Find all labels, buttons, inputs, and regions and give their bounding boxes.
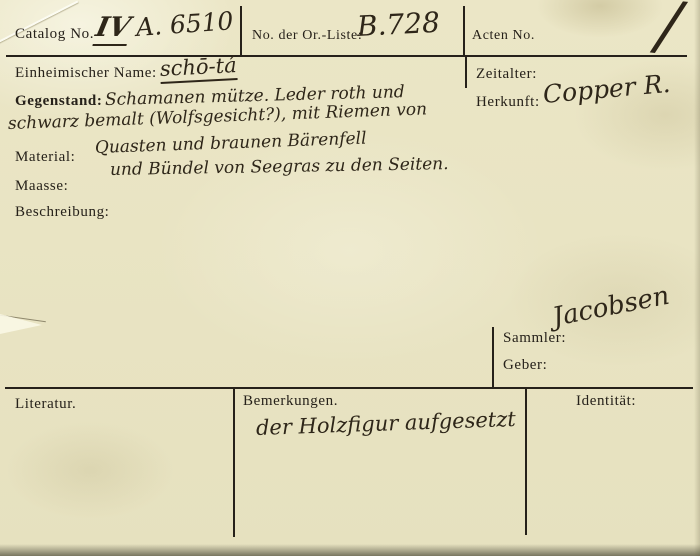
catalog-no-label: Catalog No. xyxy=(15,26,94,43)
maasse-label: Maasse: xyxy=(15,178,68,195)
material-label: Material: xyxy=(15,149,75,166)
or-liste-label: No. der Or.-Liste: xyxy=(252,28,362,44)
divider-zeitalter xyxy=(465,57,467,88)
divider-literatur xyxy=(233,389,235,537)
catalog-card: Catalog No. IV A. 6510 No. der Or.-Liste… xyxy=(0,0,700,556)
bemerkungen-handwriting: der Holzfigur aufgesetzt xyxy=(256,407,517,440)
scan-edge-right xyxy=(694,0,700,556)
gegenstand-handwriting-line: Quasten und braunen Bärenfell xyxy=(95,129,367,158)
acten-no-label: Acten No. xyxy=(472,28,535,44)
bemerkungen-label: Bemerkungen. xyxy=(243,393,338,410)
herkunft-value: Copper R. xyxy=(542,69,672,109)
scan-edge-bottom xyxy=(0,544,700,556)
gegenstand-handwriting-line: und Bündel von Seegras zu den Seiten. xyxy=(110,154,449,180)
divider-header-1 xyxy=(240,6,242,56)
zeitalter-label: Zeitalter: xyxy=(476,66,537,83)
divider-header-2 xyxy=(463,6,465,56)
herkunft-label: Herkunft: xyxy=(476,94,540,111)
literatur-label: Literatur. xyxy=(15,396,76,413)
beschreibung-label: Beschreibung: xyxy=(15,204,109,221)
geber-label: Geber: xyxy=(503,357,547,374)
sammler-signature: Jacobsen xyxy=(550,281,672,333)
rule-header-bottom xyxy=(6,55,687,57)
rule-footer-top xyxy=(5,387,693,389)
divider-sammler xyxy=(492,327,494,387)
einheimischer-name-value: schō-tá xyxy=(159,53,237,84)
catalog-no-roman: IV xyxy=(92,12,133,46)
gegenstand-label: Gegenstand: xyxy=(15,93,102,110)
identitaet-label: Identität: xyxy=(576,393,636,410)
catalog-no-value: A. 6510 xyxy=(135,6,234,42)
or-liste-value: B.728 xyxy=(356,6,441,43)
einheimischer-name-label: Einheimischer Name: xyxy=(15,65,157,82)
divider-identitaet xyxy=(525,389,527,535)
